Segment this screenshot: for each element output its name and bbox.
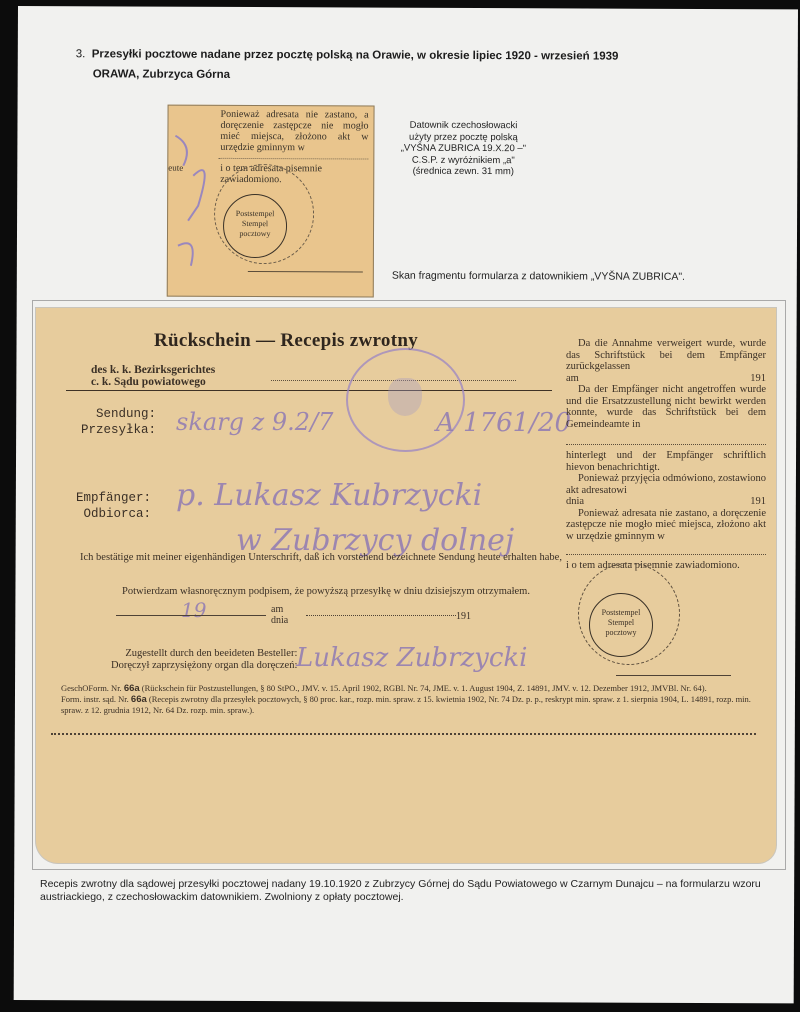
handwritten-reference: A 1761/20 <box>436 408 571 438</box>
stamp-line: Stempel <box>590 618 652 628</box>
court-label: des k. k. Bezirksgerichtes c. k. Sądu po… <box>91 364 215 388</box>
legal-pl: (Recepis zwrotny dla przesyłek pocztowyc… <box>61 694 751 715</box>
dotted-line <box>566 554 766 556</box>
heading-number: 3. <box>76 48 86 60</box>
form-number: 66a <box>124 683 140 694</box>
date-dotted-line <box>306 615 456 616</box>
signature-line <box>248 271 363 273</box>
handwriting-scribble-icon <box>173 126 219 276</box>
confirm-text-de: Ich bestätige mit meiner eigenhändigen U… <box>61 552 581 564</box>
caption-line: (średnica zewn. 31 mm) <box>399 166 527 178</box>
year-prefix: 191 <box>456 611 471 622</box>
am-label: am <box>271 604 288 615</box>
legal-prefix: Form. instr. sąd. Nr. <box>61 694 131 704</box>
bottom-caption: Recepis zwrotny dla sądowej przesyłki po… <box>40 878 770 904</box>
handwritten-date: 19 <box>181 598 206 622</box>
am-191-row: am191 <box>566 373 766 385</box>
form-number: 66a <box>131 694 147 705</box>
stamp-line: Stempel <box>224 219 286 229</box>
odbiorca-label: Odbiorca: <box>76 506 151 522</box>
stamp-line: pocztowy <box>224 229 286 239</box>
court-de: des k. k. Bezirksgerichtes <box>91 364 215 376</box>
fragment-text: Ponieważ adresata nie zastano, a doręcze… <box>220 109 368 154</box>
zug-pl: Doręczył zaprzysiężony organ dla doręcze… <box>111 660 297 672</box>
note-notified-pl: i o tem adresata pisemnie zawiadomiono. <box>566 560 766 572</box>
przesylka-label: Przesyłka: <box>81 422 156 438</box>
poststempel-circle: Poststempel Stempel pocztowy <box>589 593 653 657</box>
caption-line: Datownik czechosłowacki <box>399 120 527 132</box>
poststempel-circle: Poststempel Stempel pocztowy <box>223 194 287 258</box>
note-refused-de: Da die Annahme verweigert wurde, wurde d… <box>566 338 766 373</box>
legal-prefix: GeschOForm. Nr. <box>61 683 124 693</box>
handwritten-recipient: p. Lukasz Kubrzycki <box>176 478 482 513</box>
dnia-191-row: dnia191 <box>566 496 766 508</box>
sendung-label: Sendung: <box>81 406 156 422</box>
caption-line: „VYŠNA ZUBRICA 19.X.20 –" <box>399 143 527 155</box>
page-heading: 3. Przesyłki pocztowe nadane przez poczt… <box>76 48 619 62</box>
legal-de: (Rückschein für Postzustellungen, § 80 S… <box>140 683 707 693</box>
am-label: am <box>566 373 579 385</box>
empfaenger-label: Empfänger: <box>76 490 151 506</box>
form-fragment-scan: Ponieważ adresata nie zastano, a doręcze… <box>167 105 375 298</box>
dotted-line <box>566 444 766 446</box>
note-deposited-de: hinterlegt und der Empfänger schriftlich… <box>566 450 766 473</box>
form-title: Rückschein — Recepis zwrotny <box>154 330 418 352</box>
handwritten-signature: Lukasz Zubrzycki <box>296 643 527 673</box>
dnia-label: dnia <box>566 496 584 508</box>
date-line <box>116 615 266 616</box>
right-column-notes: Da die Annahme verweigert wurde, wurde d… <box>566 338 766 572</box>
delivered-by: Zugestellt durch den beeideten Besteller… <box>111 648 297 672</box>
zug-de: Zugestellt durch den beeideten Besteller… <box>111 648 297 660</box>
sendung-labels: Sendung: Przesyłka: <box>81 406 156 438</box>
stamp-line: Poststempel <box>224 209 286 219</box>
fragment-caption: Skan fragmentu formularza z datownikiem … <box>392 270 685 283</box>
dnia-label: dnia <box>271 615 288 626</box>
caption-line: C.S.P. z wyróżnikiem „a" <box>399 154 527 166</box>
note-absent-pl: Ponieważ adresata nie zastano, a doręcze… <box>566 508 766 543</box>
empfaenger-labels: Empfänger: Odbiorca: <box>76 490 151 522</box>
perforation-line <box>51 733 756 735</box>
return-receipt-form: Rückschein — Recepis zwrotny des k. k. B… <box>36 308 776 863</box>
postmark-caption: Datownik czechosłowacki użyty przez pocz… <box>399 120 527 178</box>
note-absent-de: Da der Empfänger nicht angetroffen wurde… <box>566 384 766 430</box>
fragment-side-word: eute <box>168 163 183 173</box>
legal-footnote: GeschOForm. Nr. 66a (Rückschein für Post… <box>61 683 751 715</box>
court-pl: c. k. Sądu powiatowego <box>91 376 215 388</box>
dotted-line <box>218 158 368 160</box>
confirm-text-pl: Potwierdzam własnoręcznym podpisem, że p… <box>66 586 586 597</box>
caption-line: użyty przez pocztę polską <box>399 131 527 143</box>
am-dnia: amdnia <box>271 604 288 626</box>
year-prefix: 191 <box>750 373 766 385</box>
stamp-line: Poststempel <box>590 608 652 618</box>
signature-line <box>616 675 731 676</box>
stamp-line: pocztowy <box>590 628 652 638</box>
handwritten-sendung: skarg z 9.2/7 <box>176 408 333 436</box>
page-subheading: ORAWA, Zubrzyca Górna <box>93 68 230 81</box>
eagle-icon <box>388 378 422 416</box>
year-prefix: 191 <box>750 496 766 508</box>
heading-text: Przesyłki pocztowe nadane przez pocztę p… <box>92 48 619 62</box>
rule-line <box>66 390 552 391</box>
note-refused-pl: Ponieważ przyjęcia odmówiono, zostawiono… <box>566 473 766 496</box>
